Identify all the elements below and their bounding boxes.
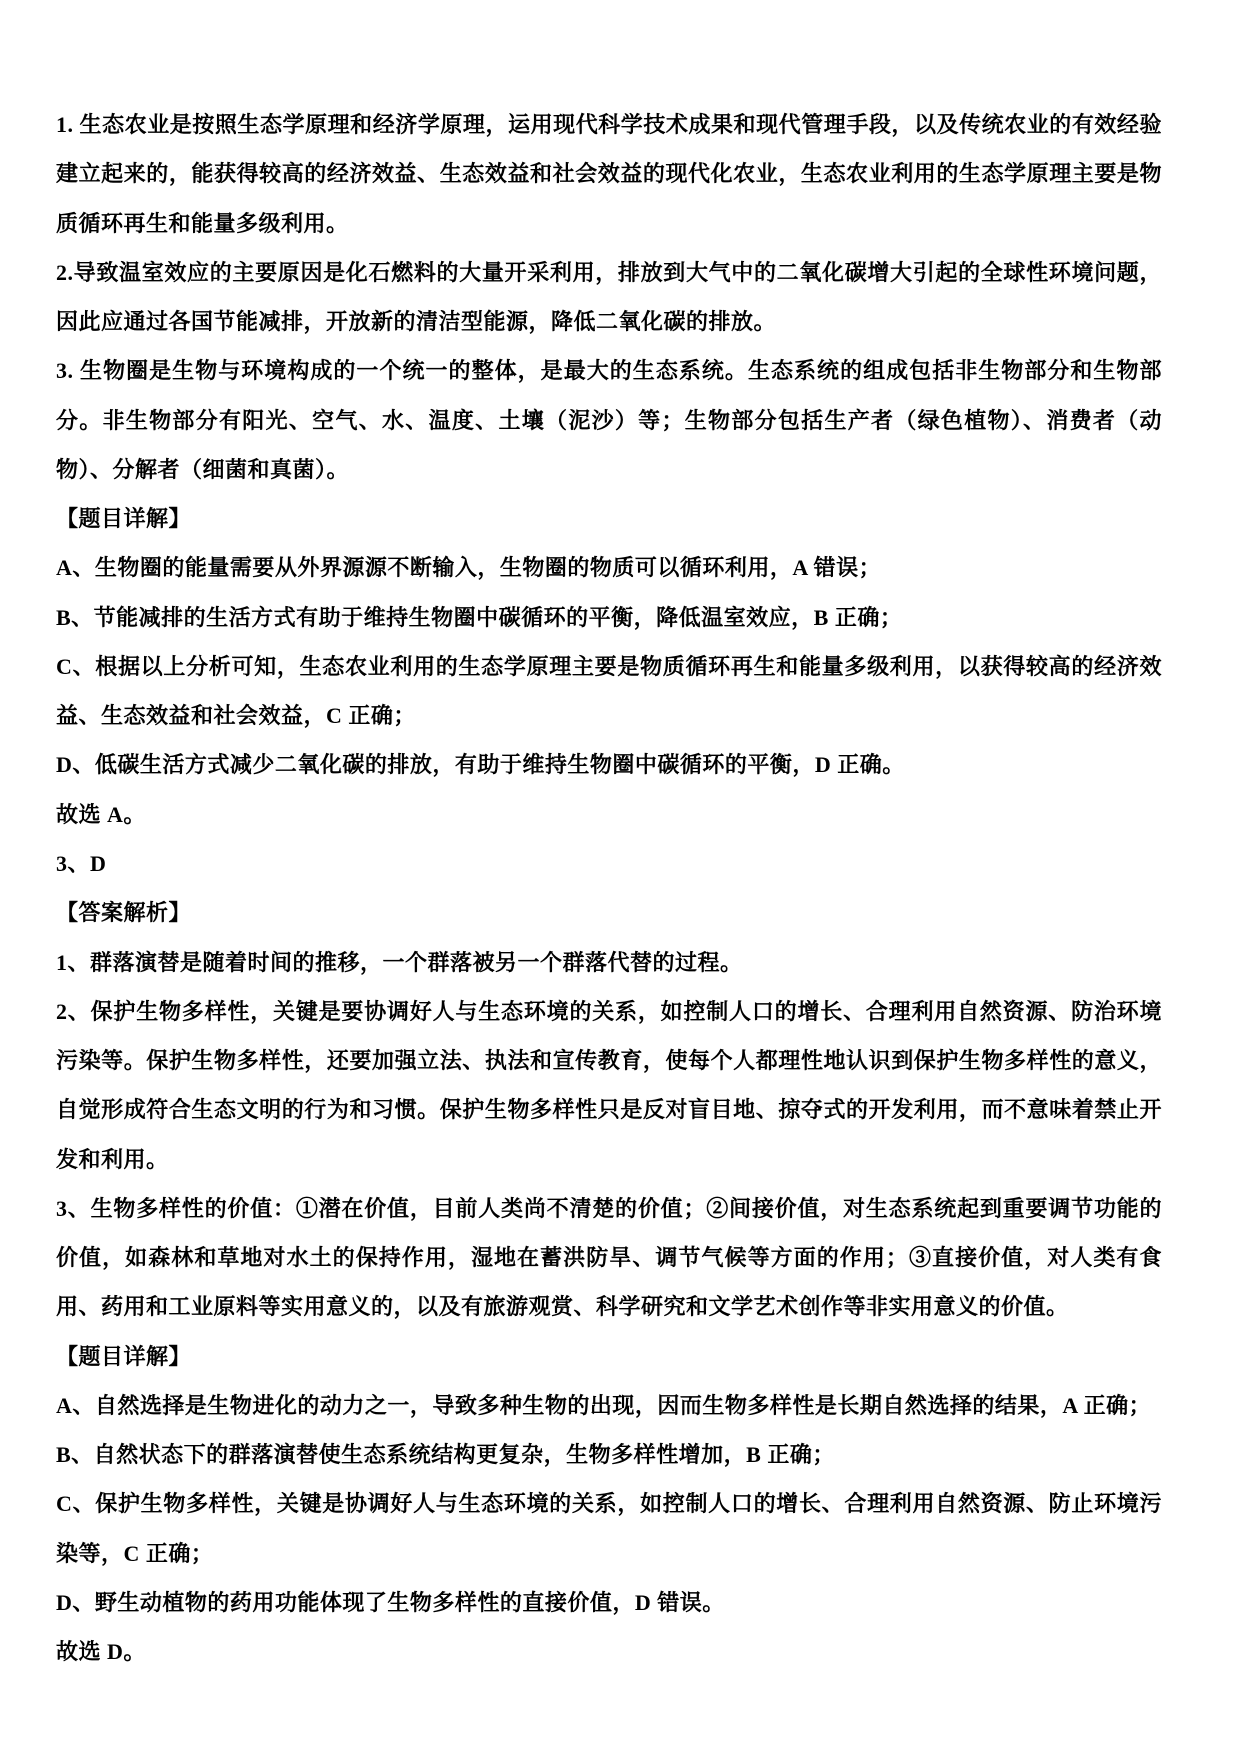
document-page: 1. 生态农业是按照生态学原理和经济学原理，运用现代科学技术成果和现代管理手段，… xyxy=(0,0,1240,1754)
background-note-1: 1、群落演替是随着时间的推移，一个群落被另一个群落代替的过程。 xyxy=(56,938,1162,987)
option-d-analysis-1: D、低碳生活方式减少二氧化碳的排放，有助于维持生物圈中碳循环的平衡，D 正确。 xyxy=(56,740,1162,789)
analysis-point-2: 2.导致温室效应的主要原因是化石燃料的大量开采利用，排放到大气中的二氧化碳增大引… xyxy=(56,248,1162,347)
question-3-answer: 3、D xyxy=(56,839,1162,888)
option-a-analysis-2: A、自然选择是生物进化的动力之一，导致多种生物的出现，因而生物多样性是长期自然选… xyxy=(56,1381,1162,1430)
answer-conclusion-2: 故选 D。 xyxy=(56,1627,1162,1676)
analysis-point-3: 3. 生物圈是生物与环境构成的一个统一的整体，是最大的生态系统。生态系统的组成包… xyxy=(56,346,1162,494)
section-header-question-detail-1: 【题目详解】 xyxy=(56,494,1162,543)
background-note-3: 3、生物多样性的价值：①潜在价值，目前人类尚不清楚的价值；②间接价值，对生态系统… xyxy=(56,1184,1162,1332)
option-b-analysis-2: B、自然状态下的群落演替使生态系统结构更复杂，生物多样性增加，B 正确； xyxy=(56,1430,1162,1479)
background-note-2: 2、保护生物多样性，关键是要协调好人与生态环境的关系，如控制人口的增长、合理利用… xyxy=(56,987,1162,1184)
document-body: 1. 生态农业是按照生态学原理和经济学原理，运用现代科学技术成果和现代管理手段，… xyxy=(56,100,1162,1677)
answer-conclusion-1: 故选 A。 xyxy=(56,790,1162,839)
option-c-analysis-1: C、根据以上分析可知，生态农业利用的生态学原理主要是物质循环再生和能量多级利用，… xyxy=(56,642,1162,741)
option-b-analysis-1: B、节能减排的生活方式有助于维持生物圈中碳循环的平衡，降低温室效应，B 正确； xyxy=(56,593,1162,642)
option-a-analysis-1: A、生物圈的能量需要从外界源源不断输入，生物圈的物质可以循环利用，A 错误； xyxy=(56,543,1162,592)
section-header-question-detail-2: 【题目详解】 xyxy=(56,1332,1162,1381)
option-d-analysis-2: D、野生动植物的药用功能体现了生物多样性的直接价值，D 错误。 xyxy=(56,1578,1162,1627)
option-c-analysis-2: C、保护生物多样性，关键是协调好人与生态环境的关系，如控制人口的增长、合理利用自… xyxy=(56,1479,1162,1578)
section-header-answer-analysis: 【答案解析】 xyxy=(56,888,1162,937)
analysis-point-1: 1. 生态农业是按照生态学原理和经济学原理，运用现代科学技术成果和现代管理手段，… xyxy=(56,100,1162,248)
